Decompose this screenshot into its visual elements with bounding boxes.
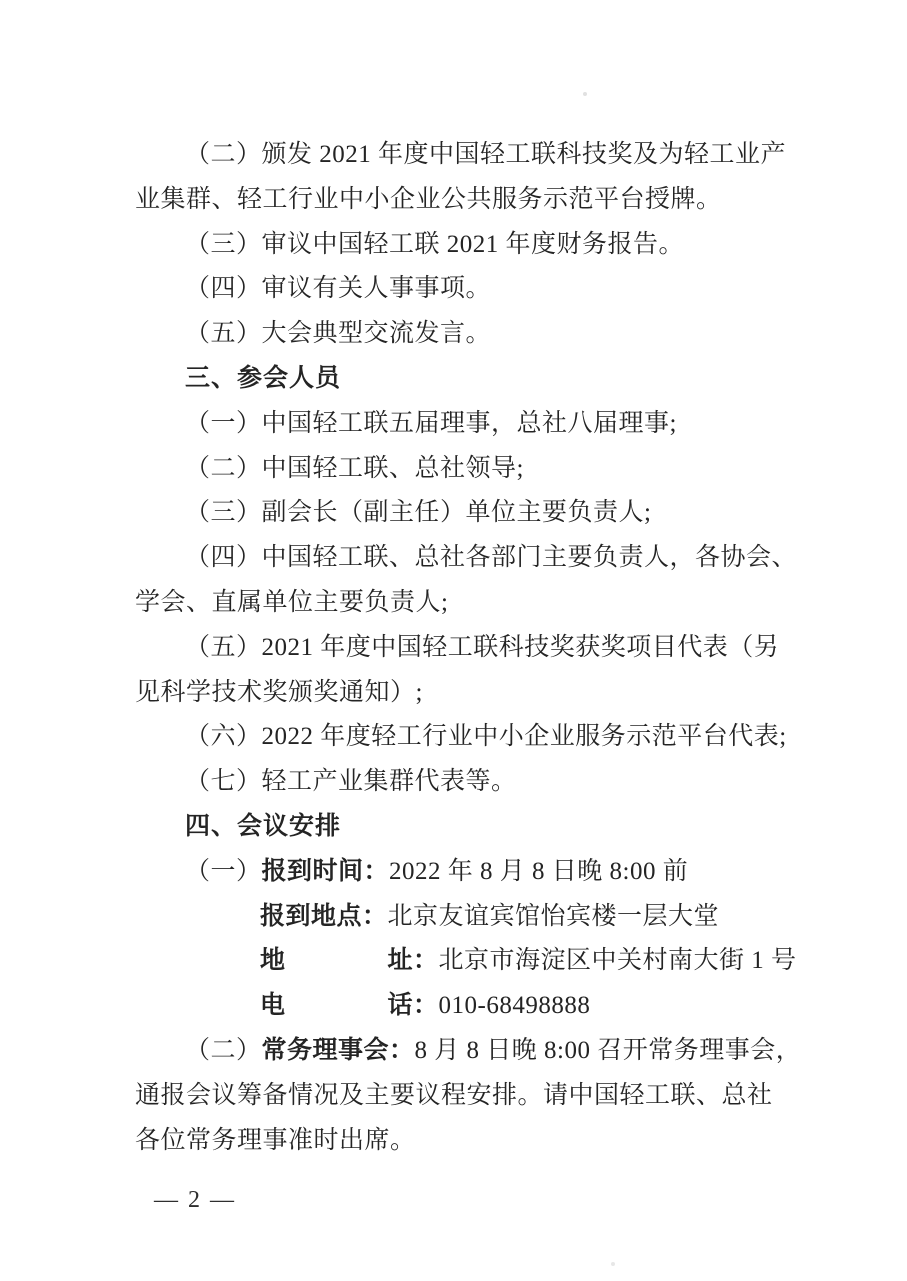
registration-time-value: 2022 年 8 月 8 日晚 8:00 前 (389, 858, 688, 885)
council-line-2: 通报会议筹备情况及主要议程安排。请中国轻工联、总社 (135, 1074, 800, 1119)
agenda-item-5: （五）大会典型交流发言。 (135, 312, 800, 357)
registration-time-label: 报到时间： (262, 858, 390, 885)
council-line-1-text: 8 月 8 日晚 8:00 召开常务理事会， (415, 1037, 802, 1064)
council-line-3: 各位常务理事准时出席。 (135, 1119, 800, 1164)
participants-item-6: （六）2022 年度轻工行业中小企业服务示范平台代表; (135, 715, 800, 760)
page-number: — 2 — (154, 1184, 236, 1216)
participants-item-7: （七）轻工产业集群代表等。 (135, 760, 800, 805)
council-line-1: （二）常务理事会：8 月 8 日晚 8:00 召开常务理事会， (135, 1029, 800, 1074)
participants-item-3: （三）副会长（副主任）单位主要负责人; (135, 491, 800, 536)
registration-place-value: 北京友谊宾馆怡宾楼一层大堂 (388, 903, 720, 930)
council-label: 常务理事会： (262, 1037, 415, 1064)
registration-address-value: 北京市海淀区中关村南大街 1 号 (439, 947, 797, 974)
agenda-item-2-line-2: 业集群、轻工行业中小企业公共服务示范平台授牌。 (135, 178, 800, 223)
registration-phone-line: 电 话：010-68498888 (135, 984, 800, 1029)
participants-item-1: （一）中国轻工联五届理事，总社八届理事; (135, 402, 800, 447)
registration-time-line: （一）报到时间：2022 年 8 月 8 日晚 8:00 前 (135, 850, 800, 895)
participants-item-4-line-1: （四）中国轻工联、总社各部门主要负责人，各协会、 (135, 536, 800, 581)
registration-address-line: 地 址：北京市海淀区中关村南大街 1 号 (135, 939, 800, 984)
participants-item-5-line-2: 见科学技术奖颁奖通知）; (135, 671, 800, 716)
agenda-item-4: （四）审议有关人事事项。 (135, 267, 800, 312)
participants-item-4-line-2: 学会、直属单位主要负责人; (135, 581, 800, 626)
registration-item-prefix: （一） (185, 858, 262, 885)
registration-phone-value: 010-68498888 (439, 992, 591, 1019)
registration-address-label: 地 址： (260, 947, 439, 974)
registration-place-line: 报到地点：北京友谊宾馆怡宾楼一层大堂 (135, 895, 800, 940)
section-heading-arrangements: 四、会议安排 (135, 805, 800, 850)
registration-place-label: 报到地点： (260, 903, 388, 930)
participants-item-2: （二）中国轻工联、总社领导; (135, 447, 800, 492)
agenda-item-3: （三）审议中国轻工联 2021 年度财务报告。 (135, 223, 800, 268)
registration-phone-label: 电 话： (260, 992, 439, 1019)
document-body: （二）颁发 2021 年度中国轻工联科技奖及为轻工业产 业集群、轻工行业中小企业… (135, 133, 800, 1163)
document-page: （二）颁发 2021 年度中国轻工联科技奖及为轻工业产 业集群、轻工行业中小企业… (0, 0, 907, 1281)
agenda-item-2-line-1: （二）颁发 2021 年度中国轻工联科技奖及为轻工业产 (135, 133, 800, 178)
scan-artifact-dot (611, 1262, 615, 1266)
council-item-prefix: （二） (185, 1037, 262, 1064)
section-heading-participants: 三、参会人员 (135, 357, 800, 402)
scan-artifact-dot (583, 92, 587, 96)
participants-item-5-line-1: （五）2021 年度中国轻工联科技奖获奖项目代表（另 (135, 626, 800, 671)
